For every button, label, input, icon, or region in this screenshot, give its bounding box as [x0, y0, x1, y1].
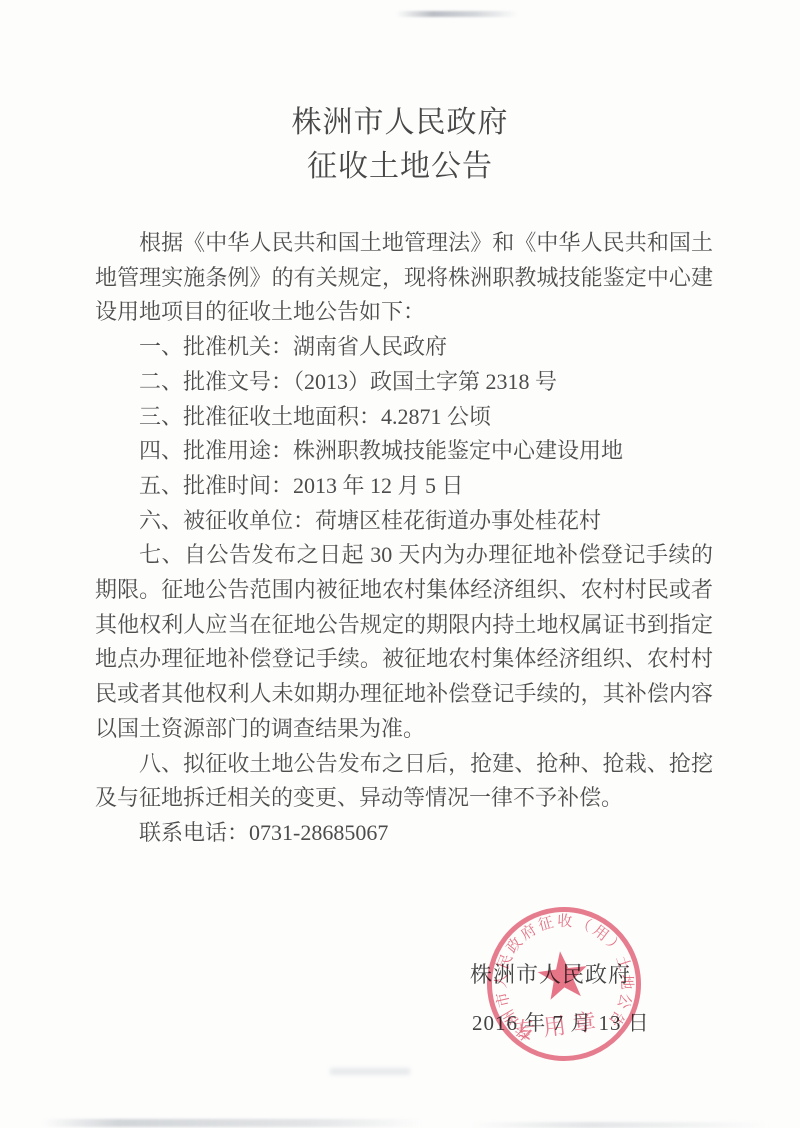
notice-paragraph-item4: 四、批准用途：株洲职教城技能鉴定中心建设用地 — [95, 434, 713, 469]
page-title-line1: 株洲市人民政府 — [0, 106, 800, 140]
seal-serial-number: 4302010104788 — [533, 1092, 627, 1096]
seal-star-icon — [535, 948, 590, 1001]
notice-paragraph-item2: 二、批准文号：（2013）政国土字第 2318 号 — [95, 365, 713, 400]
scan-artifact-right — [330, 1068, 410, 1075]
page-title-line2: 征收土地公告 — [0, 150, 800, 184]
official-seal: 株洲市人民政府征收（用）土地公告 专用章 4302010104788 — [453, 873, 676, 1096]
notice-paragraph-item3: 三、批准征收土地面积：4.2871 公顷 — [95, 400, 713, 435]
scan-artifact-bottom-right — [470, 1122, 770, 1128]
notice-paragraph-item6: 六、被征收单位：荷塘区桂花街道办事处桂花村 — [95, 504, 713, 539]
seal-center-text: 专用章 — [512, 1009, 604, 1045]
scan-artifact-bottom-left — [42, 1119, 422, 1127]
notice-paragraph-item1: 一、批准机关：湖南省人民政府 — [95, 330, 713, 365]
notice-body: 根据《中华人民共和国土地管理法》和《中华人民共和国土地管理实施条例》的有关规定，… — [95, 226, 713, 851]
notice-paragraph-contact: 联系电话：0731-28685067 — [95, 816, 713, 851]
scan-artifact-top — [396, 11, 518, 17]
notice-paragraph-intro: 根据《中华人民共和国土地管理法》和《中华人民共和国土地管理实施条例》的有关规定，… — [95, 226, 713, 330]
notice-paragraph-item5: 五、批准时间：2013 年 12 月 5 日 — [95, 469, 713, 504]
scanned-notice-page: 株洲市人民政府 征收土地公告 根据《中华人民共和国土地管理法》和《中华人民共和国… — [0, 0, 800, 1128]
notice-paragraph-item7: 七、自公告发布之日起 30 天内为办理征地补偿登记手续的期限。征地公告范围内被征… — [95, 538, 713, 746]
svg-text:4302010104788: 4302010104788 — [533, 1092, 627, 1096]
notice-paragraph-item8: 八、拟征收土地公告发布之日后，抢建、抢种、抢栽、抢挖及与征地拆迁相关的变更、异动… — [95, 747, 713, 816]
